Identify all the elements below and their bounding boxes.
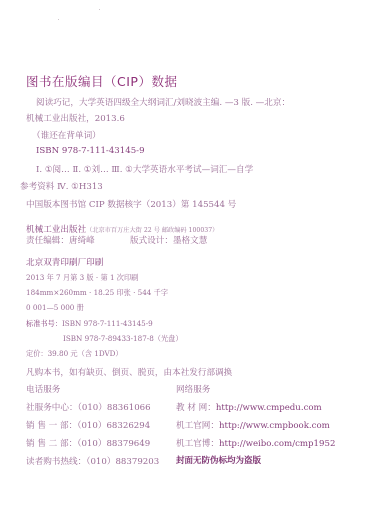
web-row: 教 材 网：http://www.cmpedu.com	[176, 401, 322, 413]
editor-line: 责任编辑：唐绮峰	[26, 234, 95, 246]
web-label: 机工官博：	[176, 439, 219, 449]
printer: 北京双青印刷厂印刷	[26, 256, 103, 268]
cip-line-2: 机械工业出版社，2013.6	[26, 112, 125, 124]
editor-label: 责任编辑：	[26, 236, 69, 246]
anti-piracy-notice: 封面无防伪标均为盗版	[176, 454, 261, 466]
edition: 2013 年 7 月第 3 版 · 第 1 次印刷	[26, 273, 138, 283]
isbn-book: ISBN 978-7-111-43145-9	[62, 319, 153, 328]
designer-name: 墨格文慧	[173, 236, 207, 246]
scan-speck	[99, 9, 100, 10]
designer-line: 版式设计：墨格文慧	[130, 234, 207, 246]
web-url: http://www.cmpbook.com	[219, 421, 330, 431]
web-url: http://weibo.com/cmp1952	[219, 439, 335, 449]
editor-name: 唐绮峰	[69, 236, 95, 246]
phone-number: （010）88379203	[86, 457, 159, 467]
web-url: http://www.cmpedu.com	[216, 403, 322, 413]
designer-label: 版式设计：	[130, 236, 173, 246]
cip-line-1: 阅读巧记，大学英语四级全大纲词汇/刘晓波主编. —3 版. —北京：	[36, 96, 290, 108]
web-service-header: 网络服务	[176, 383, 210, 395]
isbn-disc: ISBN 978-7-89433-187-8（光盘）	[63, 334, 183, 344]
cip-isbn: ISBN 978-7-111-43145-9	[36, 146, 145, 156]
scan-speck	[58, 19, 59, 20]
phone-number: （010）88379649	[77, 439, 150, 449]
isbn-line: 标准书号：ISBN 978-7-111-43145-9	[26, 319, 153, 329]
phone-row: 社服务中心：（010）88361066	[26, 401, 151, 413]
cip-series: （谁还在背单词）	[32, 129, 101, 141]
publisher-address: （北京市百万庄大街 22 号 邮政编码 100037）	[86, 227, 218, 234]
phone-row: 销 售 一 部：（010）68326294	[26, 419, 150, 431]
web-label: 教 材 网：	[176, 403, 216, 413]
cip-classification-2: 参考资料 Ⅳ. ①H313	[20, 180, 103, 192]
phone-row: 读者购书热线：（010）88379203	[26, 455, 159, 467]
web-row: 机工官博：http://weibo.com/cmp1952	[176, 437, 335, 449]
phone-label: 社服务中心：	[26, 403, 78, 413]
cip-record: 中国版本图书馆 CIP 数据核字（2013）第 145544 号	[26, 198, 236, 210]
phone-number: （010）68326294	[77, 421, 150, 431]
phone-label: 读者购书热线：	[26, 457, 86, 467]
cip-title: 图书在版编目（CIP）数据	[26, 72, 177, 90]
exchange-notice: 凡购本书，如有缺页、倒页、脱页，由本社发行部调换	[26, 366, 232, 378]
phone-label: 销 售 二 部：	[26, 439, 77, 449]
phone-number: （010）88361066	[78, 403, 151, 413]
web-row: 机工官网：http://www.cmpbook.com	[176, 419, 330, 431]
phone-row: 销 售 二 部：（010）88379649	[26, 437, 150, 449]
web-label: 机工官网：	[176, 421, 219, 431]
cip-classification-1: Ⅰ. ①阅… Ⅱ. ①刘… Ⅲ. ①大学英语水平考试—词汇—自学	[36, 163, 253, 175]
isbn-label: 标准书号：	[26, 319, 62, 328]
phone-label: 销 售 一 部：	[26, 421, 77, 431]
phone-service-header: 电话服务	[26, 383, 60, 395]
copies: 0 001—5 000 册	[26, 303, 84, 313]
price: 定价：39.80 元（含 1DVD）	[26, 349, 123, 359]
format: 184mm×260mm · 18.25 印张 · 544 千字	[26, 288, 168, 298]
